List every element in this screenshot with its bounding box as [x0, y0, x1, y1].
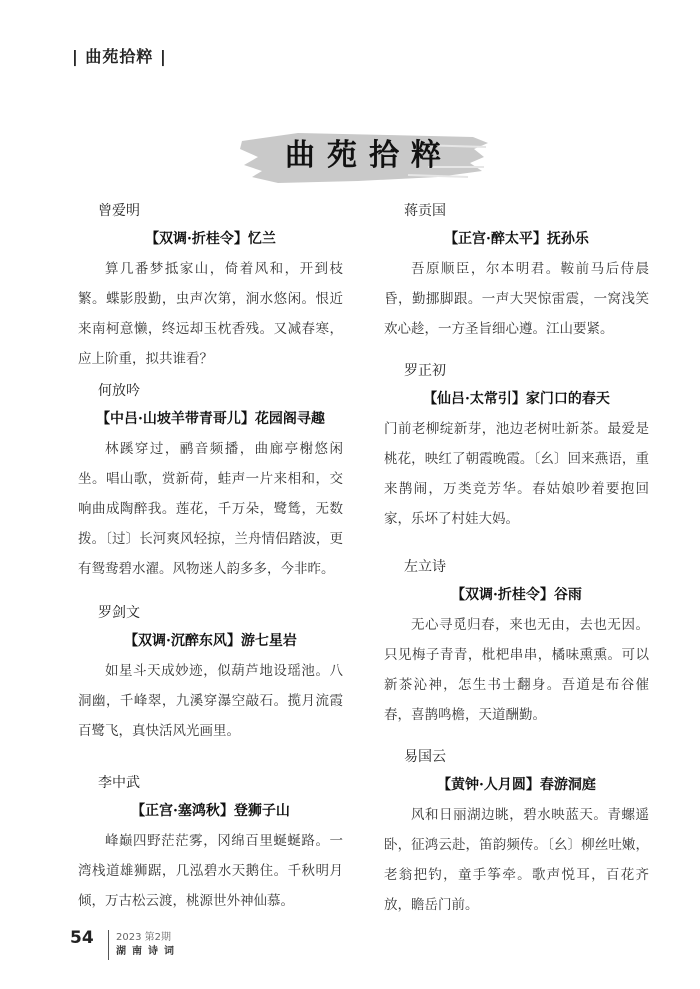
left-column: 曾爱明 【双调·折桂令】忆兰 算几番梦抵家山，倚着风和，开到枝繁。蝶影殷勤，虫声…: [78, 198, 343, 916]
poem: 左立诗 【双调·折桂令】谷雨 无心寻觅归春，来也无由，去也无因。只见梅子青青，枇…: [384, 554, 649, 744]
poem-title: 【双调·折桂令】忆兰: [78, 224, 343, 254]
poem-body: 林蹊穿过，鹂音频播，曲廊亭榭悠闲坐。唱山歌，赏新荷，蛙声一片来相和，交响曲成陶醉…: [78, 434, 343, 584]
poem-body: 峰巅四野茫茫雾，冈绵百里蜒蜒路。一湾栈道雄狮踞，几泓碧水天鹅住。千秋明月倾，万古…: [78, 826, 343, 916]
poem-body: 门前老柳绽新芽，池边老树吐新茶。最爱是桃花，映红了朝霞晚霞。〔幺〕回来燕语，重来…: [384, 414, 649, 534]
magazine-name: 湖南诗词: [116, 942, 180, 957]
issue-label: 2023 第2期: [116, 928, 171, 943]
poem-body: 算几番梦抵家山，倚着风和，开到枝繁。蝶影殷勤，虫声次第，涧水悠闲。恨近来南柯意懒…: [78, 254, 343, 374]
poem-title: 【正宫·醉太平】抚孙乐: [384, 224, 649, 254]
poem-title: 【正宫·塞鸿秋】登狮子山: [78, 796, 343, 826]
poem-author: 蒋贡国: [384, 198, 649, 224]
page-number: 54: [70, 928, 94, 948]
section-tag: | 曲苑拾粹 |: [72, 44, 167, 67]
poem: 蒋贡国 【正宫·醉太平】抚孙乐 吾原顺臣，尔本明君。鞍前马后侍晨昏，勤挪脚跟。一…: [384, 198, 649, 358]
poem-body: 吾原顺臣，尔本明君。鞍前马后侍晨昏，勤挪脚跟。一声大哭惊雷震，一窝浅笑欢心趁，一…: [384, 254, 649, 344]
poem-author: 易国云: [384, 744, 649, 770]
poem-author: 曾爱明: [78, 198, 343, 224]
footer-divider: [108, 930, 109, 960]
poem-author: 何放吟: [78, 378, 343, 404]
poem: 何放吟 【中吕·山坡羊带青哥儿】花园阁寻趣 林蹊穿过，鹂音频播，曲廊亭榭悠闲坐。…: [78, 378, 343, 600]
poem: 易国云 【黄钟·人月圆】春游洞庭 风和日丽湖边眺，碧水映蓝天。青螺遥卧，征鸿云赴…: [384, 744, 649, 920]
poem-body: 风和日丽湖边眺，碧水映蓝天。青螺遥卧，征鸿云赴，笛韵频传。〔幺〕柳丝吐嫩，老翁把…: [384, 800, 649, 920]
poem-title: 【双调·折桂令】谷雨: [384, 580, 649, 610]
poem-title: 【仙吕·太常引】家门口的春天: [384, 384, 649, 414]
poem: 罗剑文 【双调·沉醉东风】游七星岩 如星斗天成妙迹，似葫芦地设瑶池。八洞幽，千峰…: [78, 600, 343, 770]
poem-title: 【中吕·山坡羊带青哥儿】花园阁寻趣: [60, 404, 361, 434]
poem-author: 罗剑文: [78, 600, 343, 626]
right-column: 蒋贡国 【正宫·醉太平】抚孙乐 吾原顺臣，尔本明君。鞍前马后侍晨昏，勤挪脚跟。一…: [384, 198, 649, 920]
section-banner: 曲苑拾粹: [238, 127, 488, 185]
poem: 李中武 【正宫·塞鸿秋】登狮子山 峰巅四野茫茫雾，冈绵百里蜒蜒路。一湾栈道雄狮踞…: [78, 770, 343, 916]
poem-body: 无心寻觅归春，来也无由，去也无因。只见梅子青青，枇杷串串，橘味熏熏。可以新茶沁神…: [384, 610, 649, 730]
poem-body: 如星斗天成妙迹，似葫芦地设瑶池。八洞幽，千峰翠，九溪穿瀑空敲石。揽月流霞百鹭飞，…: [78, 656, 343, 746]
poem-title: 【双调·沉醉东风】游七星岩: [78, 626, 343, 656]
poem-author: 李中武: [78, 770, 343, 796]
poem-title: 【黄钟·人月圆】春游洞庭: [384, 770, 649, 800]
poem-author: 左立诗: [384, 554, 649, 580]
banner-title: 曲苑拾粹: [238, 127, 488, 185]
poem: 曾爱明 【双调·折桂令】忆兰 算几番梦抵家山，倚着风和，开到枝繁。蝶影殷勤，虫声…: [78, 198, 343, 378]
poem: 罗正初 【仙吕·太常引】家门口的春天 门前老柳绽新芽，池边老树吐新茶。最爱是桃花…: [384, 358, 649, 554]
poem-author: 罗正初: [384, 358, 649, 384]
